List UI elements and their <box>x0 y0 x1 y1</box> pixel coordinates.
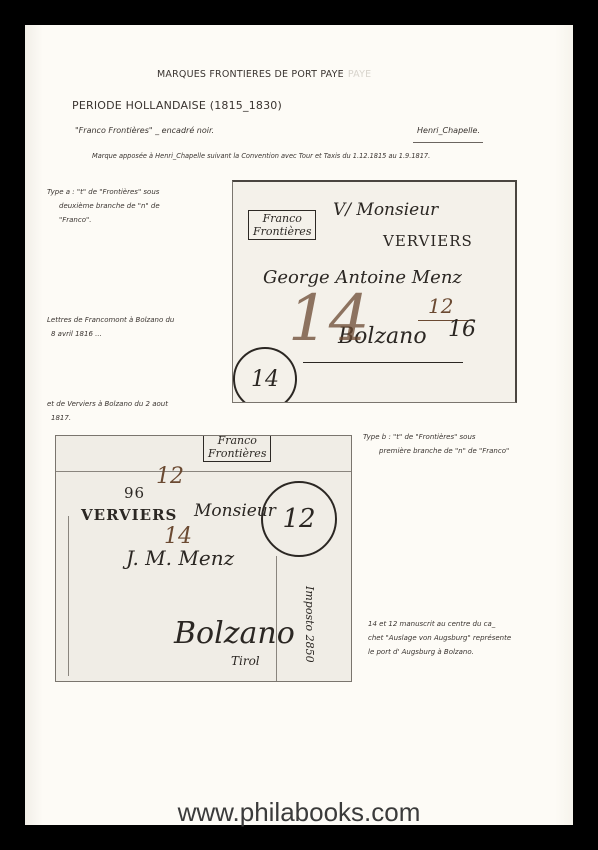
verviers-town-stamp: VERVIERS <box>383 232 473 250</box>
cover-image-1: Franco Frontières V/ Monsieur VERVIERS G… <box>232 180 517 403</box>
stamp-line: Franco <box>253 212 311 225</box>
manuscript-note-line: le port d' Augsburg à Bolzano. <box>368 648 474 656</box>
address-underline <box>303 362 463 363</box>
type-a-line: Type a : "t" de "Frontières" sous <box>47 188 159 196</box>
fold-line <box>56 471 351 472</box>
ghost-text: PAYE <box>348 69 372 80</box>
manuscript-note-line: chet "Auslage von Augsburg" représente <box>368 634 511 642</box>
fold-line-vertical <box>276 556 277 681</box>
document-page: MARQUES FRONTIERES DE PORT PAYEPAYE PERI… <box>25 25 573 825</box>
type-a-line: "Franco". <box>47 213 160 227</box>
auslage-augsburg-stamp: 12 <box>261 481 337 557</box>
stamp-line: Frontières <box>208 447 266 460</box>
region: Tirol <box>231 654 260 668</box>
letters-note-line: 8 avril 1816 ... <box>47 327 174 341</box>
salutation: V/ Monsieur <box>333 200 438 220</box>
type-b-line: Type b : "t" de "Frontières" sous <box>363 433 476 441</box>
letters-note: Lettres de Francomont à Bolzano du 8 avr… <box>47 313 174 341</box>
page-title: MARQUES FRONTIERES DE PORT PAYEPAYE <box>157 69 371 80</box>
manuscript-note: 14 et 12 manuscrit au centre du ca_ chet… <box>368 617 511 659</box>
rate-top: 12 <box>156 464 184 489</box>
website-watermark: www.philabooks.com <box>25 797 573 828</box>
stamp-center-value: 12 <box>282 504 315 534</box>
place-underline <box>413 142 483 143</box>
verviers-note: et de Verviers à Bolzano du 2 aout 1817. <box>47 397 168 425</box>
fold-line-vertical <box>68 516 69 676</box>
stamp-center-value: 14 <box>251 367 279 392</box>
stamp-line: Franco <box>208 435 266 447</box>
verviers-note-line: et de Verviers à Bolzano du 2 aout <box>47 400 168 408</box>
subtitle: "Franco Frontières" _ encadré noir. <box>75 126 214 135</box>
verviers-town-stamp: VERVIERS <box>81 506 177 524</box>
rate-bottom: 16 <box>448 317 476 342</box>
page-title-text: MARQUES FRONTIERES DE PORT PAYE <box>157 69 344 80</box>
imposto-note: Imposto 2850 <box>303 586 316 663</box>
manuscript-note-line: 14 et 12 manuscrit au centre du ca_ <box>368 620 495 628</box>
verviers-note-line: 1817. <box>47 411 168 425</box>
rate-left: 96 <box>124 484 145 502</box>
place-name: Henri_Chapelle. <box>417 126 480 135</box>
type-a-note: Type a : "t" de "Frontières" sous deuxiè… <box>47 185 160 227</box>
rate-top: 12 <box>428 294 453 318</box>
marque-note: Marque apposée à Henri_Chapelle suivant … <box>92 152 430 160</box>
cover-image-2: Franco Frontières 12 96 VERVIERS Monsieu… <box>55 435 352 682</box>
addressee: J. M. Menz <box>126 546 234 570</box>
franco-frontieres-stamp: Franco Frontières <box>203 435 271 462</box>
stamp-line: Frontières <box>253 225 311 238</box>
type-b-note: Type b : "t" de "Frontières" sous premiè… <box>363 430 509 458</box>
type-a-line: deuxième branche de "n" de <box>47 199 160 213</box>
auslage-augsburg-stamp: 14 <box>233 347 297 403</box>
type-b-line: première branche de "n" de "Franco" <box>363 444 509 458</box>
period-heading: PERIODE HOLLANDAISE (1815_1830) <box>72 99 282 112</box>
large-manuscript-mark: 14 <box>288 282 369 356</box>
franco-frontieres-stamp: Franco Frontières <box>248 210 316 240</box>
letters-note-line: Lettres de Francomont à Bolzano du <box>47 316 174 324</box>
